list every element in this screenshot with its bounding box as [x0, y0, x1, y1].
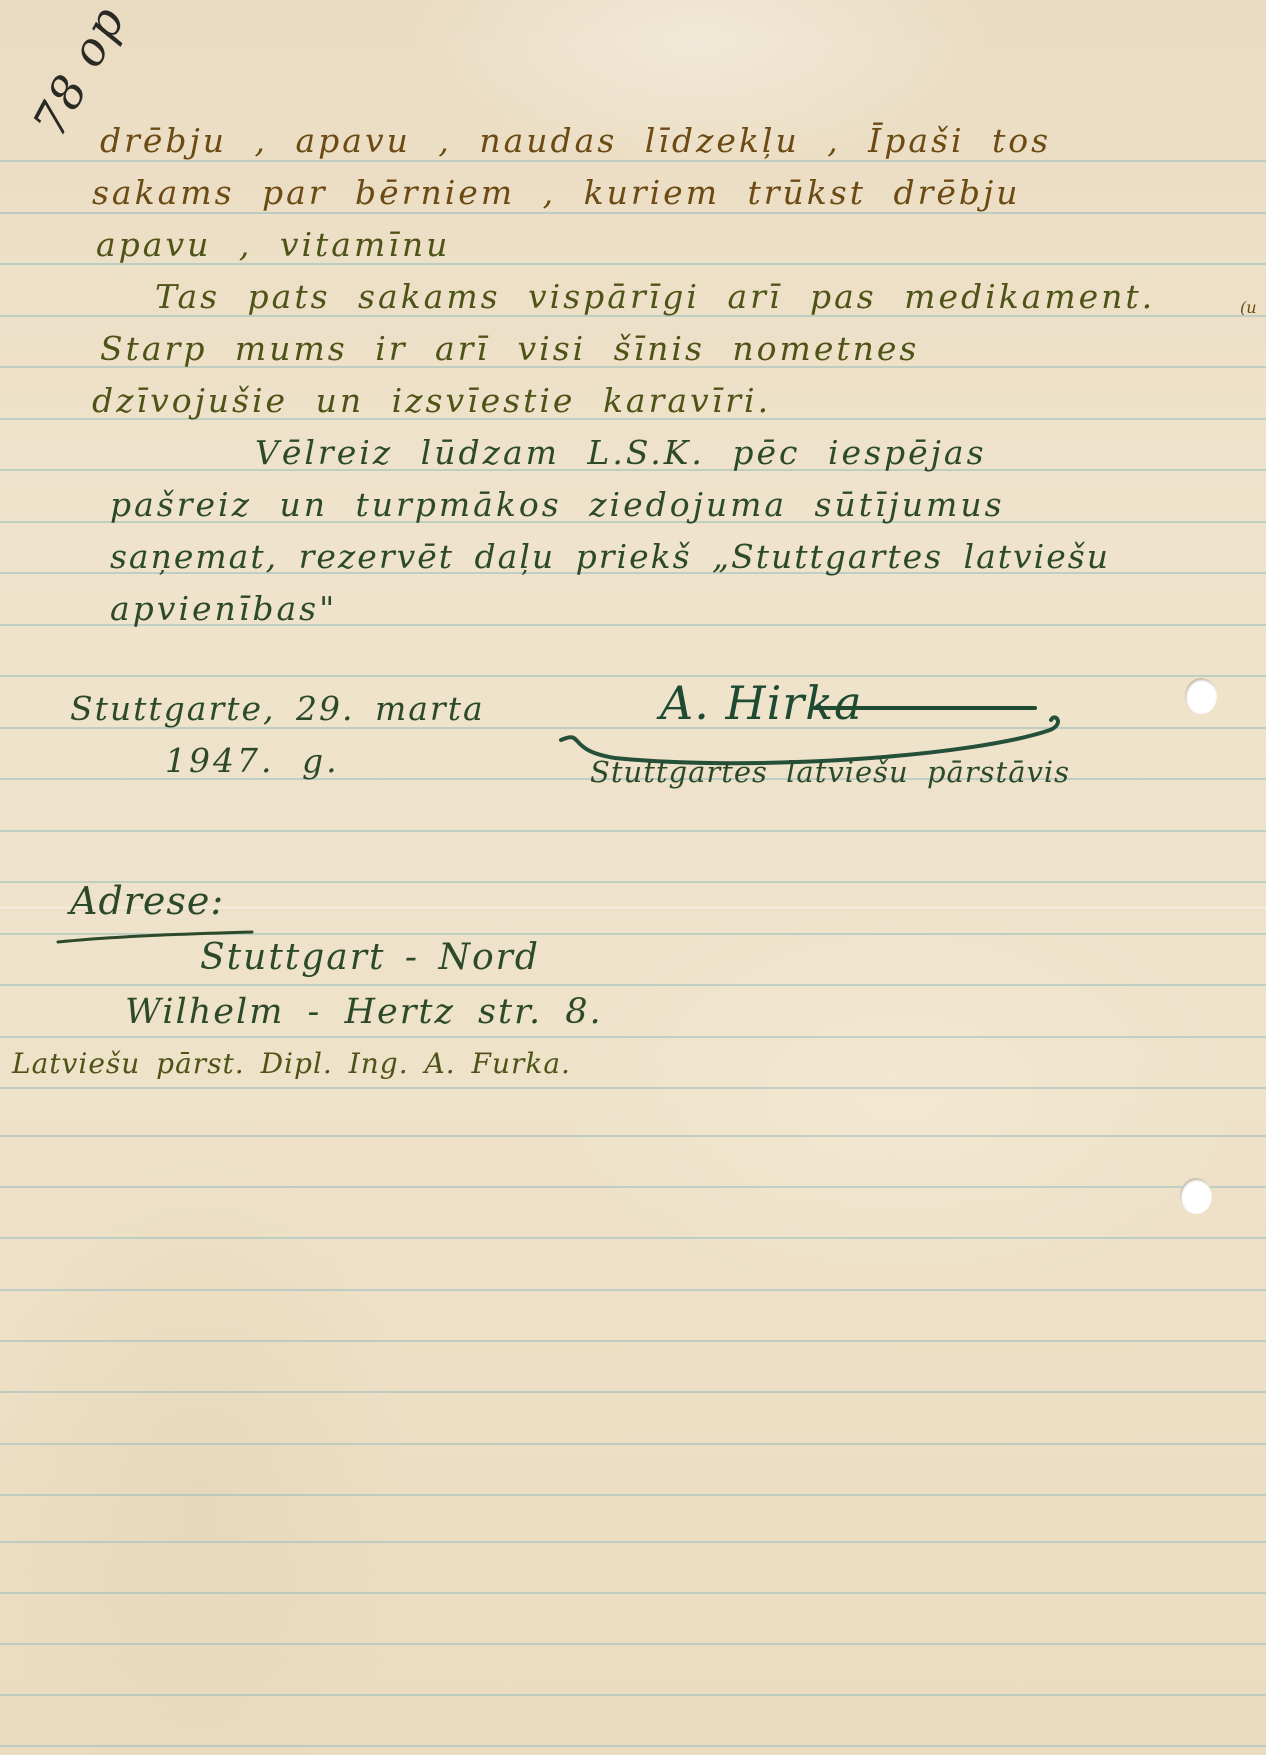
signature-title: Stuttgartes latviešu pārstāvis [590, 758, 1070, 787]
body-line-5: Starp mums ir arī visi šīnis nometnes [100, 332, 919, 365]
letter-sheet: 78 op drēbju , apavu , naudas līdzekļu ,… [0, 0, 1266, 1755]
place-date-line-2: 1947. g. [165, 744, 340, 777]
body-line-4: Tas pats sakams vispārīgi arī pas medika… [155, 280, 1155, 313]
punch-hole-lower [1180, 1178, 1212, 1214]
body-line-7: Vēlreiz lūdzam L.S.K. pēc iespējas [255, 436, 987, 469]
punch-hole-upper [1185, 678, 1217, 714]
address-line-2: Wilhelm - Hertz str. 8. [125, 995, 603, 1030]
place-date-line-1: Stuttgarte, 29. marta [70, 692, 485, 725]
body-line-8: pašreiz un turpmākos ziedojuma sūtījumus [110, 488, 1005, 521]
body-line-6: dzīvojušie un izsvīestie karavīri. [92, 384, 771, 417]
address-line-1: Stuttgart - Nord [200, 940, 540, 976]
body-line-1: drēbju , apavu , naudas līdzekļu , Īpaši… [100, 124, 1051, 157]
address-heading: Adrese: [70, 882, 224, 920]
body-line-9: saņemat, rezervēt daļu priekš „Stuttgart… [110, 540, 1110, 573]
margin-note: (u [1240, 300, 1257, 316]
body-line-3: apavu , vitamīnu [96, 228, 450, 261]
body-line-2: sakams par bērniem , kuriem trūkst drēbj… [92, 176, 1021, 209]
address-line-3: Latviešu pārst. Dipl. Ing. A. Furka. [12, 1050, 571, 1078]
body-line-10: apvienības" [110, 592, 337, 625]
